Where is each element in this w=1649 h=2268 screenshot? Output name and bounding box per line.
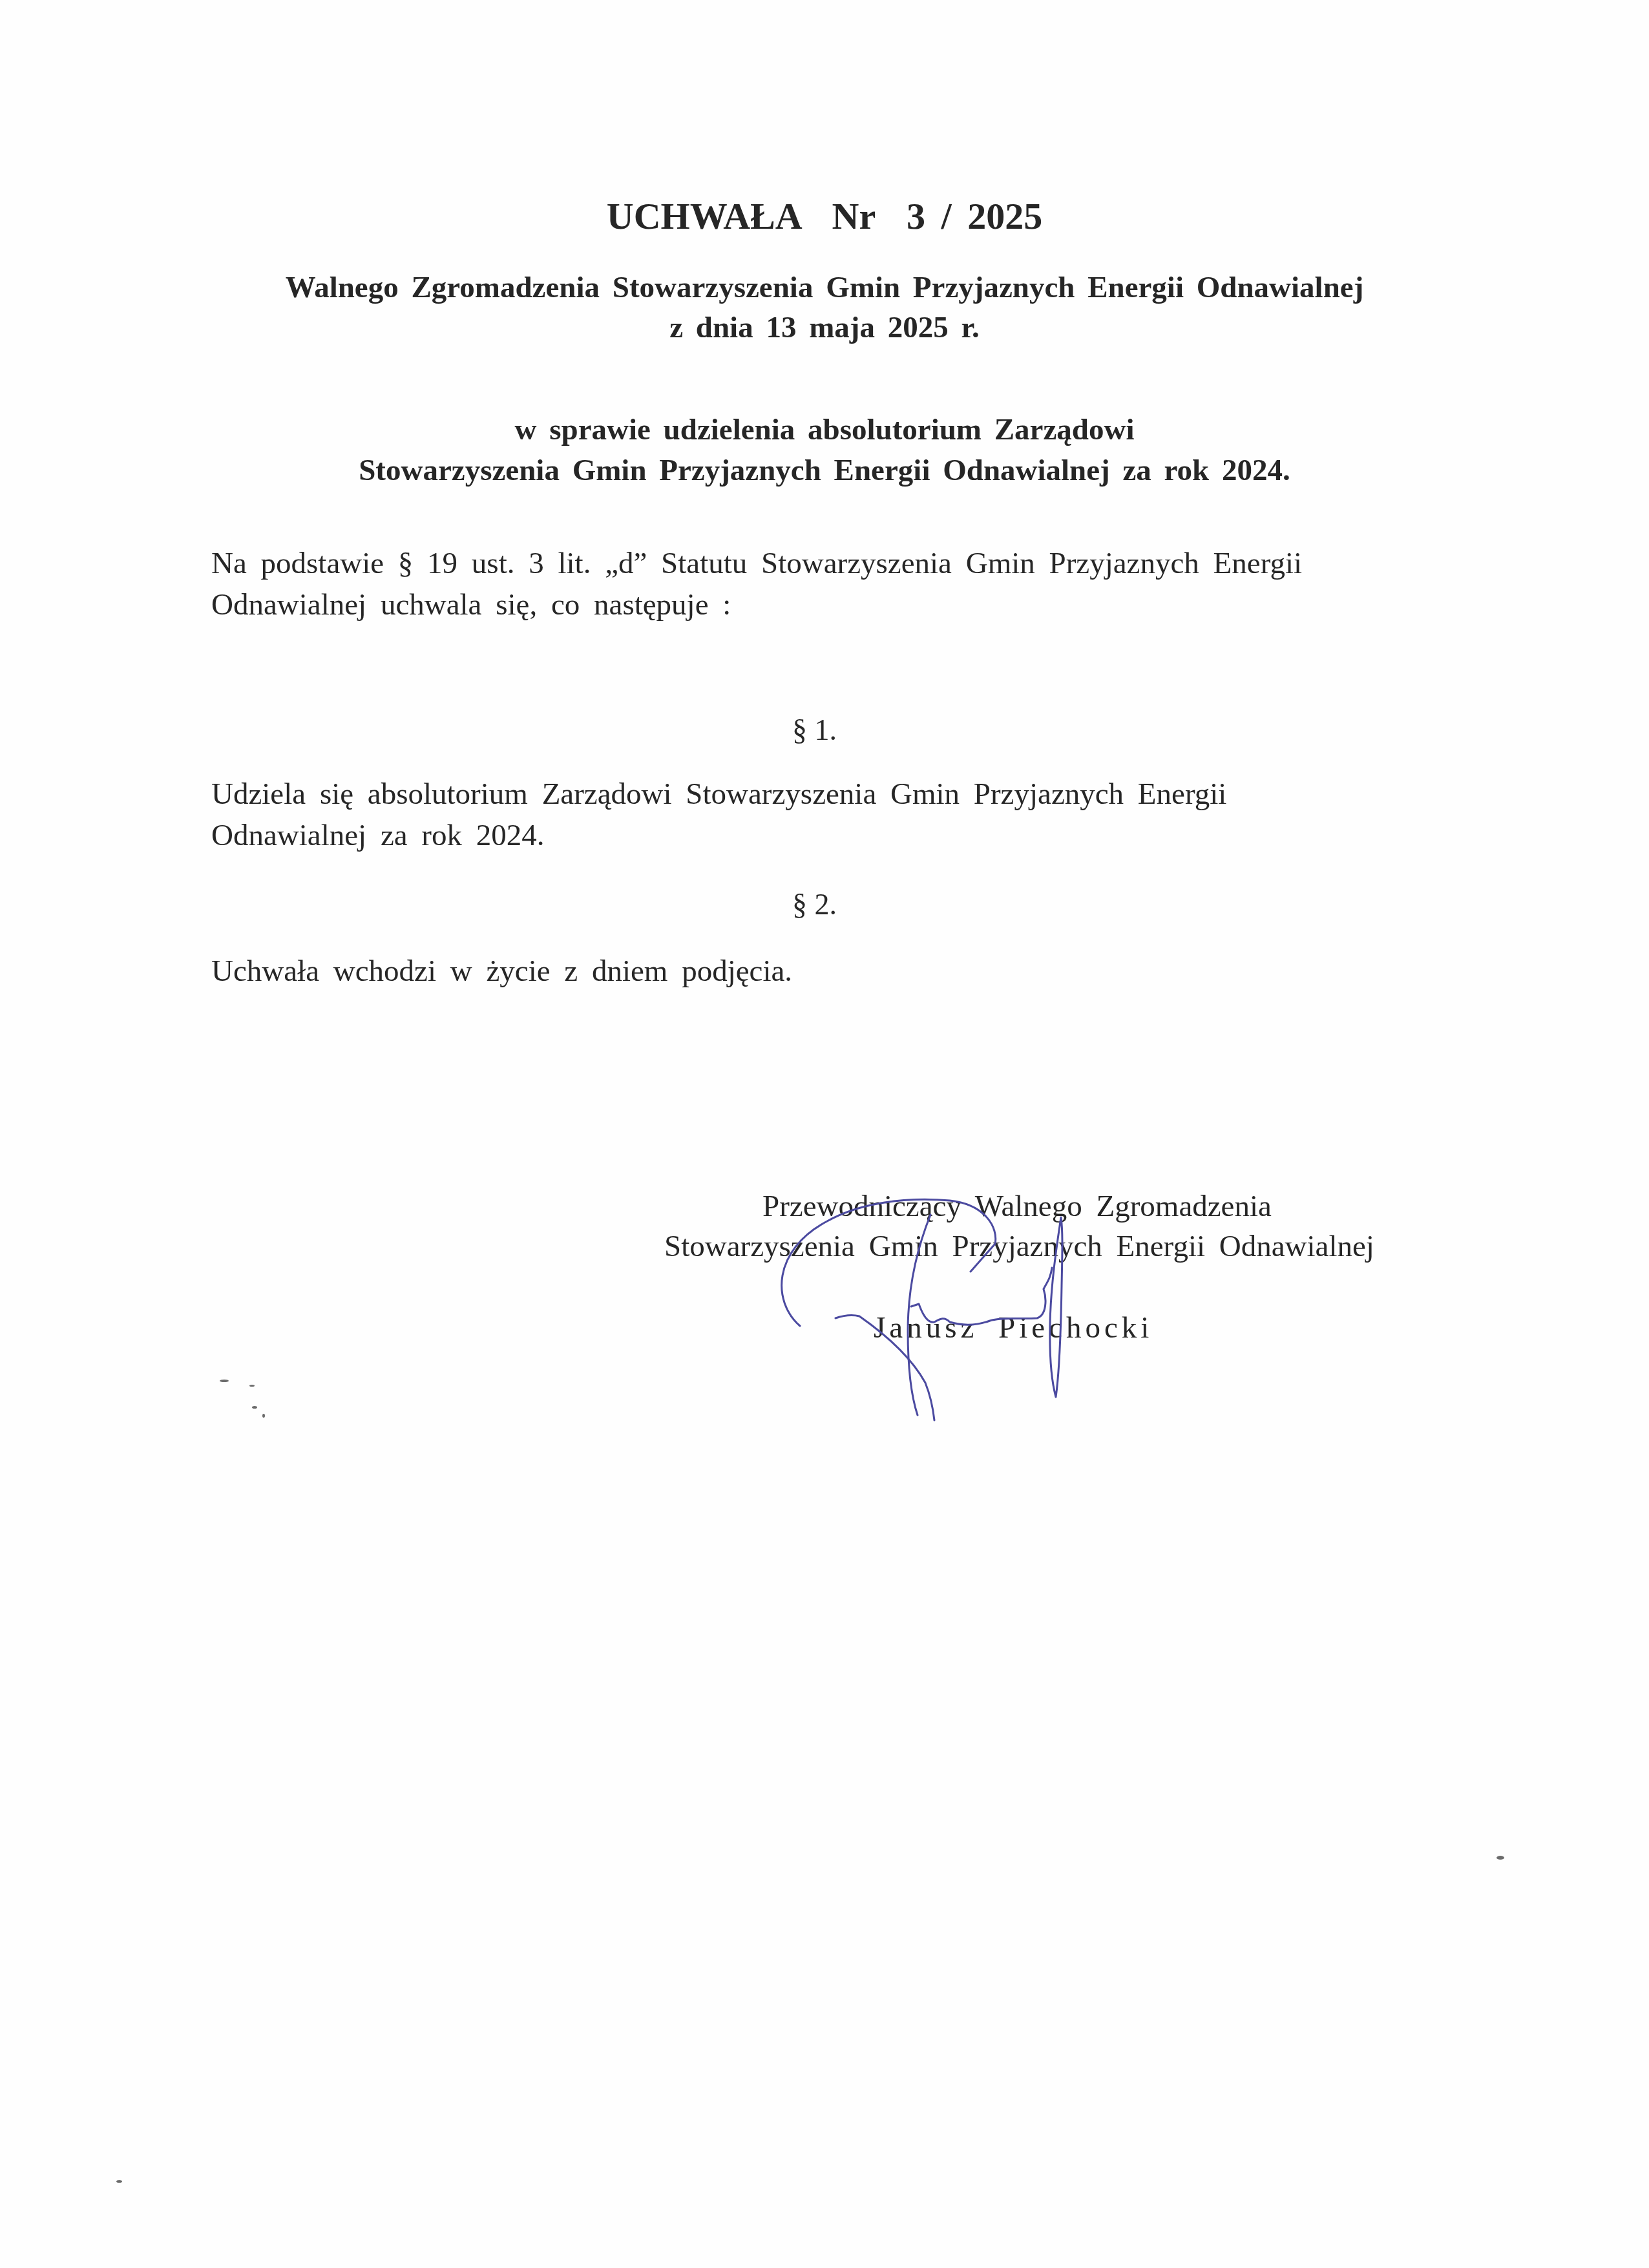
resolution-title: UCHWAŁA Nr 3 / 2025 [0, 198, 1649, 235]
date-line: z dnia 13 maja 2025 r. [0, 313, 1649, 343]
scan-speck [1497, 1856, 1504, 1860]
scan-speck [252, 1406, 257, 1409]
scan-speck [249, 1385, 255, 1387]
subject-line-2: Stowarzyszenia Gmin Przyjaznych Energii … [0, 456, 1649, 486]
section-1-line-2: Odnawialnej za rok 2024. [211, 821, 545, 851]
signatory-name: Janusz Piechocki [874, 1313, 1153, 1343]
document-page: UCHWAŁA Nr 3 / 2025 Walnego Zgromadzenia… [0, 0, 1649, 2268]
issuer-line: Walnego Zgromadzenia Stowarzyszenia Gmin… [0, 273, 1649, 303]
subject-line-1: w sprawie udzielenia absolutorium Zarząd… [0, 415, 1649, 445]
preamble-line-1: Na podstawie § 19 ust. 3 lit. „d” Statut… [211, 549, 1302, 579]
section-2-line-1: Uchwała wchodzi w życie z dniem podjęcia… [211, 956, 792, 987]
section-1-heading: § 1. [792, 715, 837, 745]
scan-speck [116, 2180, 122, 2183]
section-2-heading: § 2. [792, 890, 837, 919]
section-1-line-1: Udziela się absolutorium Zarządowi Stowa… [211, 779, 1226, 810]
preamble-line-2: Odnawialnej uchwala się, co następuje : [211, 590, 731, 620]
signatory-role-line-1: Przewodniczący Walnego Zgromadzenia [762, 1192, 1272, 1222]
scan-speck [220, 1380, 229, 1382]
scan-speck [262, 1414, 265, 1418]
signatory-role-line-2: Stowarzyszenia Gmin Przyjaznych Energii … [664, 1232, 1374, 1262]
